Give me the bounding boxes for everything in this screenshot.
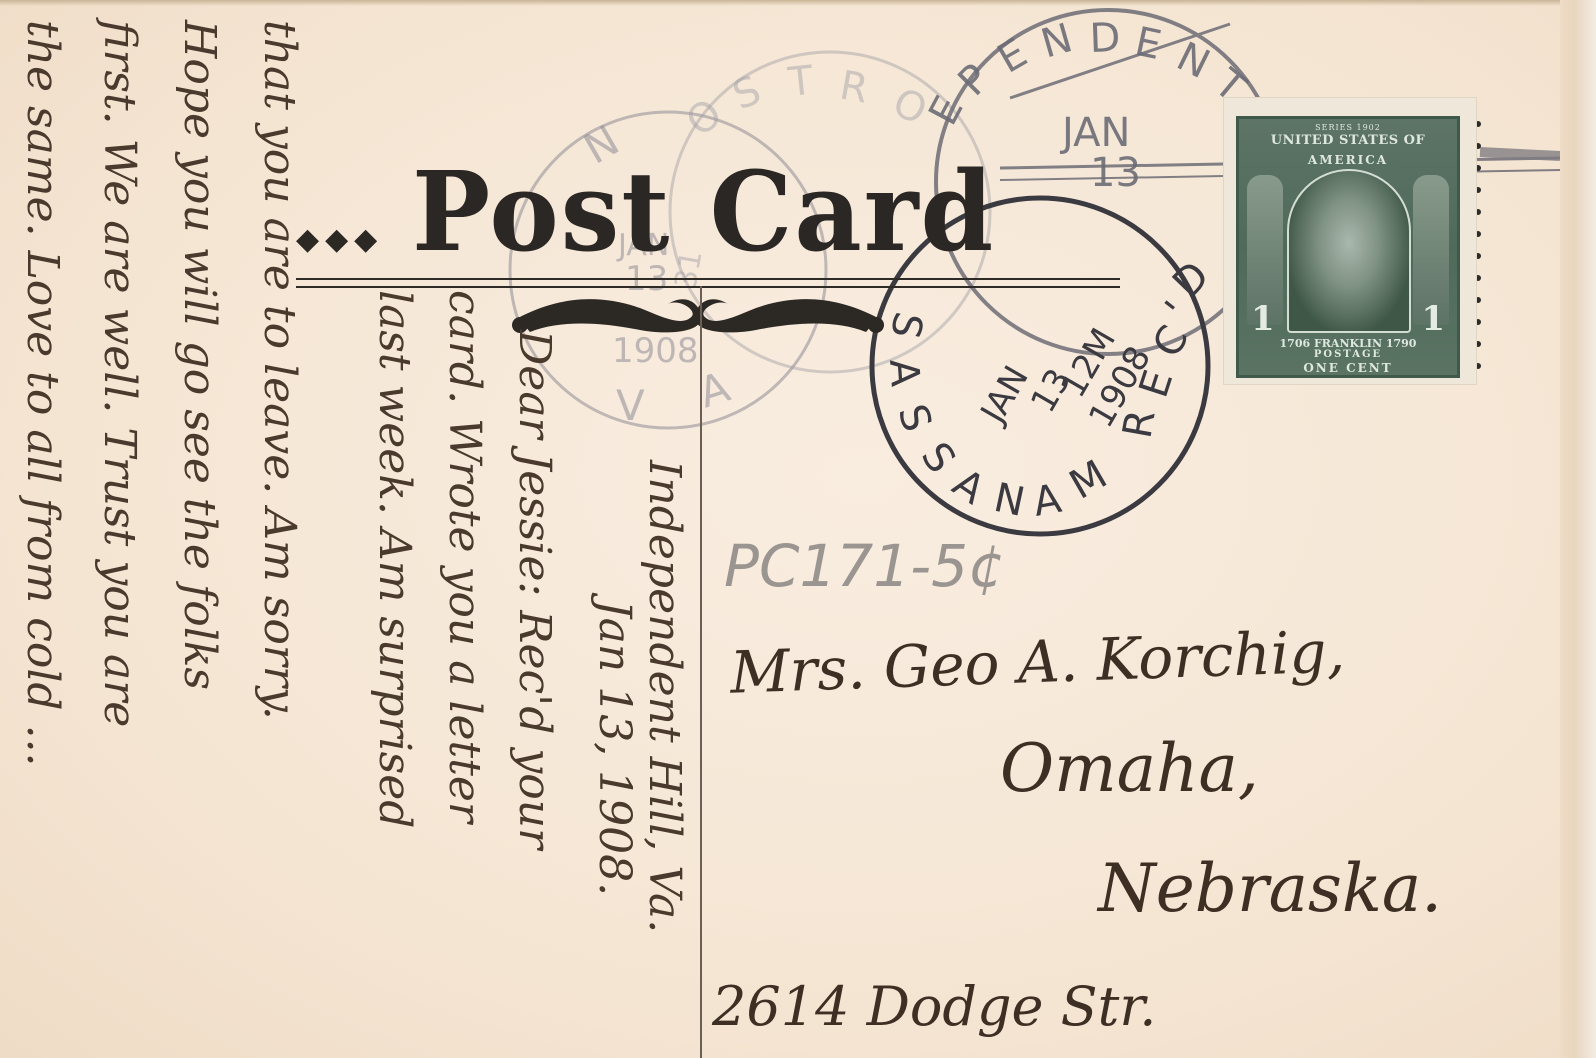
title-rule-bottom [296,286,1120,288]
svg-text:M: M [1062,452,1115,509]
address-line-4: 2614 Dodge Str. [712,975,1156,1038]
svg-text:A: A [1030,476,1066,526]
message-line: card. Wrote you a letter [439,290,490,823]
message-line: Dear Jessie: Rec'd your [509,330,560,849]
message-place: Independent Hill, Va. [639,460,690,933]
stamp-series: SERIES 1902 [1239,123,1457,132]
address-line-2: Omaha, [1000,730,1259,807]
stamp-postage: POSTAGE [1239,349,1457,360]
stamp-country-2: AMERICA [1239,153,1457,167]
stamp-denomination-left: 1 [1251,299,1275,339]
svg-text:N: N [990,475,1029,526]
franklin-portrait-icon [1287,169,1411,333]
svg-text:A: A [880,357,928,388]
pencil-note: PC171-5¢ [724,532,1005,600]
stamp-denomination-right: 1 [1421,299,1445,339]
svg-text:1908: 1908 [612,331,699,371]
title-rule-top [296,278,1120,280]
svg-text:O: O [678,90,731,146]
message-line: that you are to leave. Am sorry. [254,20,305,720]
address-divider [700,286,702,1058]
svg-text:S: S [912,434,964,481]
svg-text:E: E [990,30,1035,82]
address-line-3: Nebraska. [1098,850,1442,927]
svg-text:S: S [881,308,931,342]
svg-text:S: S [888,399,940,437]
svg-text:R: R [836,63,871,113]
svg-text:D: D [1089,15,1121,62]
postcard-title: ◆◆◆ Post Card ◆◆◆ [296,150,1126,280]
card-right-edge [1560,0,1596,1058]
message-line: last week. Am surprised [369,290,420,828]
stamp-country: UNITED STATES OF [1239,133,1457,148]
svg-text:T: T [785,58,816,106]
svg-text:E: E [1131,19,1165,69]
svg-text:N: N [1036,15,1077,67]
stamp-value: ONE CENT [1239,361,1457,375]
postcard-back: N JAN 13 1908 V A O S T R O 31 E [0,0,1568,1058]
message-line: Hope you will go see the folks [174,20,225,690]
title-text: Post Card [412,147,995,276]
message-date: Jan 13, 1908. [589,600,640,896]
franklin-stamp: SERIES 1902 UNITED STATES OF AMERICA 1 1… [1236,116,1460,378]
title-dots-left: ◆◆◆ [296,222,383,257]
svg-text:V: V [616,381,645,430]
svg-text:S: S [727,67,768,119]
svg-text:A: A [944,460,993,514]
message-line: first. We are well. Trust you are [94,20,145,727]
message-line: the same. Love to all from cold ... [17,20,68,767]
